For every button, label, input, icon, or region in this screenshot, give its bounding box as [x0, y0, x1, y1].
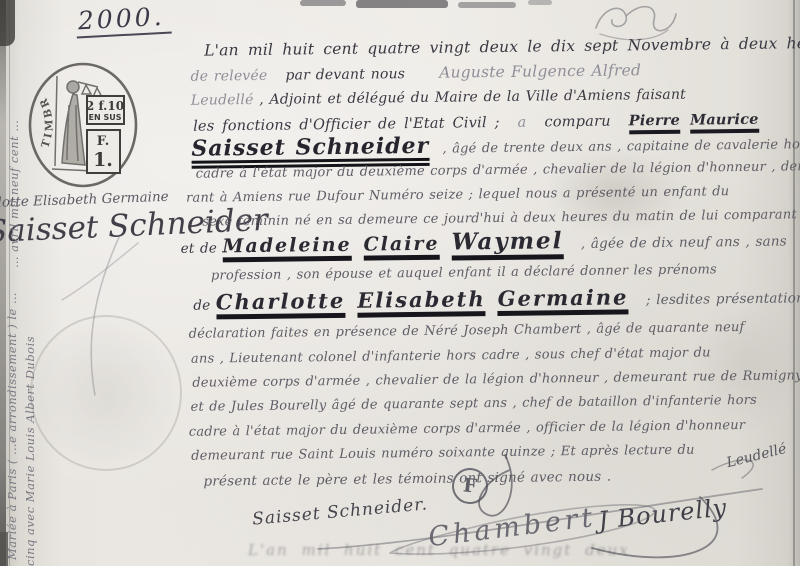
- margin-marriage-note: cinq avec Marie Louis Albert Dubois: [23, 336, 37, 566]
- act-text-segment: sexe féminin né en sa demeure ce jourd'h…: [202, 207, 797, 229]
- act-text-segment: L'an mil huit cent quatre vingt deux le …: [204, 34, 800, 60]
- corner-smudge-top: [0, 0, 15, 46]
- ink-bleed-mark: [356, 0, 448, 8]
- act-text-segment: les fonctions d'Officier de l'Etat Civil…: [193, 115, 500, 135]
- margin-marriage-note: … avril mil neuf cent …: [7, 120, 21, 268]
- act-line-8: sexe féminin né en sa demeure ce jourd'h…: [202, 207, 797, 229]
- act-text-segment: , Adjoint et délégué du Maire de la Vill…: [253, 87, 686, 108]
- child-name: Elisabeth: [357, 286, 486, 318]
- act-line-12: déclaration faites en présence de Néré J…: [189, 320, 745, 342]
- act-text-segment: de relevée: [190, 68, 267, 85]
- act-text-segment: comparu: [544, 114, 610, 131]
- signature-officer: Leudellé: [725, 441, 788, 471]
- act-line-9: et de MadeleineClaireWaymel , âgée de di…: [180, 226, 786, 256]
- act-line-16: cadre à l'état major du deuxième corps d…: [189, 418, 745, 440]
- act-text-segment: demeurant rue Saint Louis numéro soixant…: [191, 443, 695, 464]
- stamp-surtax-label: EN SUS: [89, 113, 122, 122]
- stamp-value-currency: F.: [97, 134, 109, 149]
- page-number: 2000.: [75, 2, 171, 39]
- act-line-3: Leudellé , Adjoint et délégué du Maire d…: [191, 87, 686, 109]
- act-text-segment: cadre à l'état major du deuxième corps d…: [189, 418, 745, 440]
- act-text-segment: et de: [181, 240, 223, 257]
- act-text-body: L'an mil huit cent quatre vingt deux le …: [190, 26, 800, 33]
- act-text-segment: déclaration faites en présence de Néré J…: [189, 320, 745, 342]
- registry-act-scan: 2000. TIMBRE 2 f.10 EN SUS F.: [0, 0, 800, 566]
- mother-name: Claire: [363, 233, 439, 261]
- act-line-2: de relevéepar devant nousAuguste Fulgenc…: [190, 61, 641, 85]
- margin-pencil-stroke: [62, 243, 138, 300]
- ink-bleed-mark: [300, 0, 346, 6]
- act-text-segment: de: [193, 297, 216, 313]
- act-text-segment: , âgée de dix neuf ans , sans: [575, 233, 787, 252]
- act-text-segment: ; lesdites présentation et: [640, 290, 800, 308]
- act-line-10: profession , son épouse et auquel enfant…: [211, 262, 717, 283]
- act-text-segment: profession , son épouse et auquel enfant…: [211, 262, 717, 283]
- margin-marriage-note: Mariée à Paris ( …e arrondissement ) le …: [5, 292, 19, 560]
- signature-witness-bourelly: J Bourelly: [597, 493, 729, 534]
- stamp-surtax-rate: 2 f.10: [86, 99, 124, 113]
- stamp-bleedthrough: [30, 315, 182, 471]
- act-text-segment: présent acte le père et les témoins ont …: [203, 469, 611, 490]
- act-line-13: ans , Lieutenant colonel d'infanterie ho…: [191, 345, 711, 366]
- ink-bleed-mark: [528, 0, 552, 5]
- act-text-segment: Auguste Fulgence Alfred: [439, 61, 641, 81]
- child-name: Germaine: [497, 284, 628, 316]
- act-text-segment: Leudellé: [191, 92, 254, 109]
- mother-name: Madeleine: [222, 234, 351, 263]
- child-name: Charlotte: [216, 288, 346, 320]
- act-text-segment: et de Jules Bourelly âgé de quarante sep…: [190, 393, 757, 415]
- act-line-17: demeurant rue Saint Louis numéro soixant…: [191, 443, 695, 464]
- signature-father: Saisset Schneider.: [251, 494, 428, 529]
- act-text-segment: ans , Lieutenant colonel d'infanterie ho…: [191, 345, 711, 366]
- act-line-5: Saisset Schneider , âgé de trente deux a…: [191, 130, 800, 160]
- ink-bleed-mark: [458, 2, 516, 8]
- revenue-stamp: TIMBRE 2 f.10 EN SUS F. 1.: [26, 60, 140, 196]
- act-line-18: présent acte le père et les témoins ont …: [203, 469, 611, 490]
- paraph-flourish: [596, 7, 676, 31]
- stamp-value-amount: 1.: [93, 149, 113, 171]
- mother-surname: Waymel: [451, 227, 563, 260]
- verso-text-bleedthrough: L'an mil huit cent quatre vingt deux: [248, 541, 630, 559]
- act-line-1: L'an mil huit cent quatre vingt deux le …: [204, 34, 800, 60]
- act-line-15: et de Jules Bourelly âgé de quarante sep…: [190, 393, 757, 415]
- justice-stamp-icon: TIMBRE 2 f.10 EN SUS F. 1.: [26, 60, 140, 192]
- act-text-segment: , âgé de trente deux ans , capitaine de …: [437, 137, 800, 157]
- page-right-edge: [793, 0, 795, 566]
- act-line-11: de CharlotteElisabethGermaine ; lesdites…: [193, 284, 800, 314]
- act-text-segment: a: [518, 115, 527, 131]
- act-text-segment: par devant nous: [285, 66, 405, 83]
